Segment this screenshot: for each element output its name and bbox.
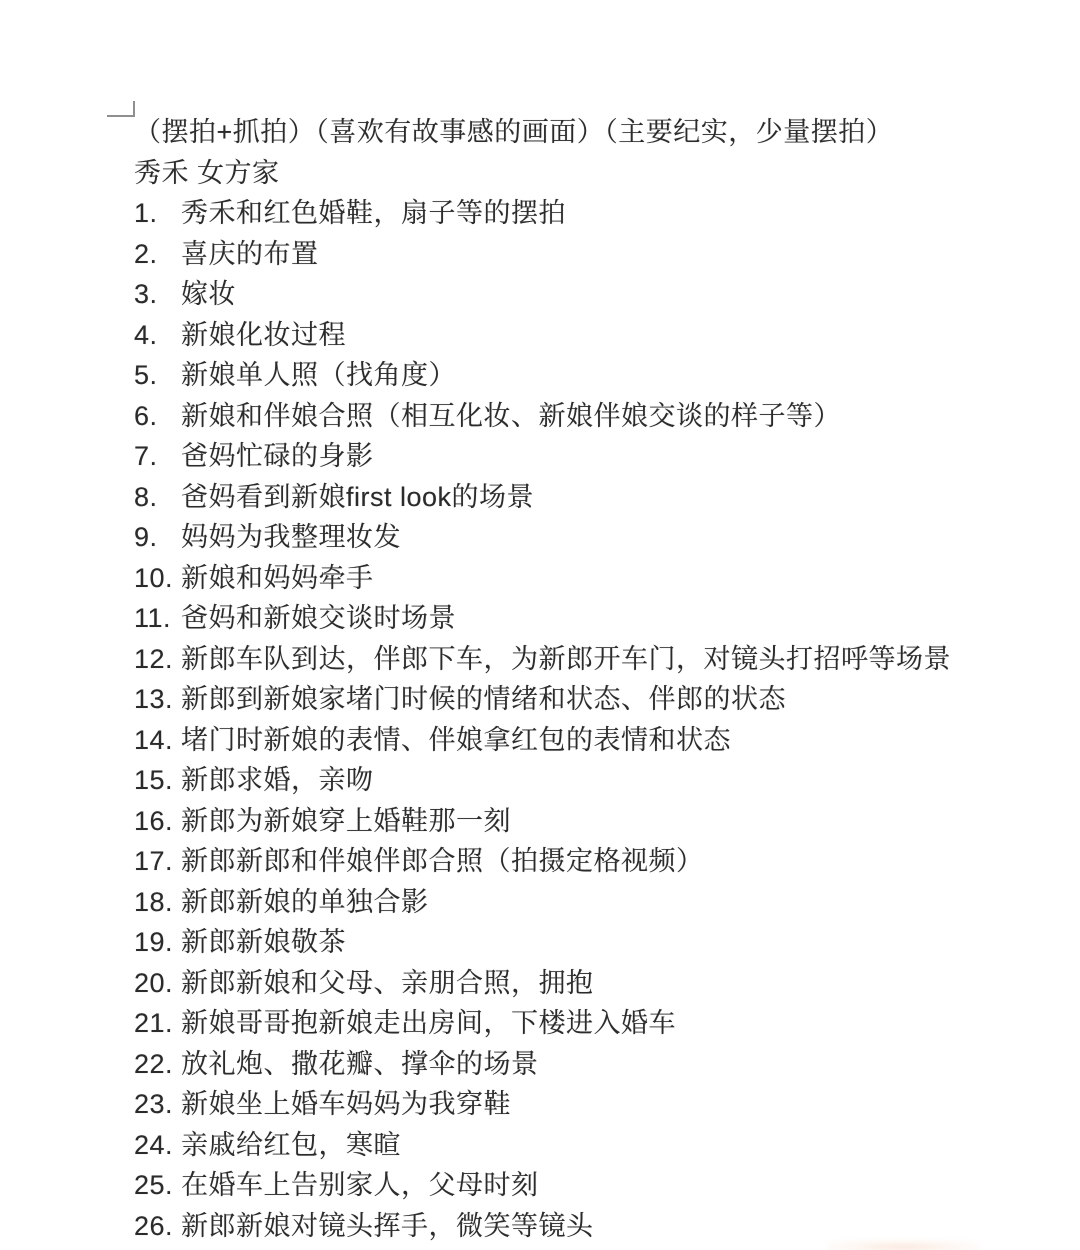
list-item: 6. 新娘和伴娘合照（相互化妆、新娘伴娘交谈的样子等） [134, 396, 1014, 437]
list-item-text: 新郎新娘的单独合影 [181, 882, 429, 923]
list-item-number: 18. [134, 882, 181, 923]
list-item-number: 6. [134, 396, 181, 437]
list-item-number: 25. [134, 1165, 181, 1206]
list-item-number: 21. [134, 1003, 181, 1044]
list-item-number: 23. [134, 1084, 181, 1125]
document-content: （摆拍+抓拍）（喜欢有故事感的画面）（主要纪实，少量摆拍） 秀禾 女方家 1. … [134, 112, 1014, 1246]
list-item-number: 20. [134, 963, 181, 1004]
shot-list: 1. 秀禾和红色婚鞋，扇子等的摆拍 2. 喜庆的布置 3. 嫁妆 4. 新娘化妆… [134, 193, 1014, 1246]
list-item-text: 新娘和妈妈牵手 [181, 558, 374, 599]
list-item-text: 新娘和伴娘合照（相互化妆、新娘伴娘交谈的样子等） [181, 396, 841, 437]
list-item: 21. 新娘哥哥抱新娘走出房间，下楼进入婚车 [134, 1003, 1014, 1044]
list-item-number: 2. [134, 234, 181, 275]
list-item-text: 新娘单人照（找角度） [181, 355, 456, 396]
list-item-text: 新郎新娘对镜头挥手，微笑等镜头 [181, 1206, 594, 1247]
list-item-text: 爸妈忙碌的身影 [181, 436, 374, 477]
list-item: 10. 新娘和妈妈牵手 [134, 558, 1014, 599]
list-item: 17. 新郎新郎和伴娘伴郎合照（拍摄定格视频） [134, 841, 1014, 882]
list-item-number: 14. [134, 720, 181, 761]
list-item-number: 9. [134, 517, 181, 558]
document-page: （摆拍+抓拍）（喜欢有故事感的画面）（主要纪实，少量摆拍） 秀禾 女方家 1. … [0, 0, 1080, 1250]
list-item-number: 24. [134, 1125, 181, 1166]
list-item: 15. 新郎求婚，亲吻 [134, 760, 1014, 801]
list-item-text: 妈妈为我整理妆发 [181, 517, 401, 558]
list-item: 7. 爸妈忙碌的身影 [134, 436, 1014, 477]
list-item-text: 爸妈和新娘交谈时场景 [181, 598, 456, 639]
list-item-number: 26. [134, 1206, 181, 1247]
list-item: 13. 新郎到新娘家堵门时候的情绪和状态、伴郎的状态 [134, 679, 1014, 720]
list-item: 9. 妈妈为我整理妆发 [134, 517, 1014, 558]
list-item: 25. 在婚车上告别家人，父母时刻 [134, 1165, 1014, 1206]
list-item-number: 16. [134, 801, 181, 842]
list-item: 20. 新郎新娘和父母、亲朋合照，拥抱 [134, 963, 1014, 1004]
list-item: 3. 嫁妆 [134, 274, 1014, 315]
list-item: 12. 新郎车队到达，伴郎下车，为新郎开车门，对镜头打招呼等场景 [134, 639, 1014, 680]
text-boundary-corner-mark [107, 101, 135, 117]
list-item-number: 10. [134, 558, 181, 599]
list-item-text: 新郎求婚，亲吻 [181, 760, 374, 801]
list-item-number: 11. [134, 598, 181, 639]
list-item-number: 19. [134, 922, 181, 963]
list-item: 22. 放礼炮、撒花瓣、撑伞的场景 [134, 1044, 1014, 1085]
list-item-number: 22. [134, 1044, 181, 1085]
list-item-text: 亲戚给红包，寒暄 [181, 1125, 401, 1166]
list-item: 24. 亲戚给红包，寒暄 [134, 1125, 1014, 1166]
list-item: 16. 新郎为新娘穿上婚鞋那一刻 [134, 801, 1014, 842]
list-item-text: 在婚车上告别家人，父母时刻 [181, 1165, 539, 1206]
header-note: （摆拍+抓拍）（喜欢有故事感的画面）（主要纪实，少量摆拍） [134, 112, 1014, 153]
list-item: 19. 新郎新娘敬茶 [134, 922, 1014, 963]
list-item-text: 放礼炮、撒花瓣、撑伞的场景 [181, 1044, 539, 1085]
list-item-text: 新郎车队到达，伴郎下车，为新郎开车门，对镜头打招呼等场景 [181, 639, 951, 680]
list-item-number: 17. [134, 841, 181, 882]
list-item-number: 4. [134, 315, 181, 356]
list-item-text: 喜庆的布置 [181, 234, 319, 275]
list-item-number: 12. [134, 639, 181, 680]
list-item-text: 新郎新郎和伴娘伴郎合照（拍摄定格视频） [181, 841, 704, 882]
list-item: 18. 新郎新娘的单独合影 [134, 882, 1014, 923]
list-item: 11. 爸妈和新娘交谈时场景 [134, 598, 1014, 639]
list-item-number: 3. [134, 274, 181, 315]
list-item-number: 1. [134, 193, 181, 234]
list-item: 14. 堵门时新娘的表情、伴娘拿红包的表情和状态 [134, 720, 1014, 761]
list-item-text: 新郎新娘敬茶 [181, 922, 346, 963]
list-item-text: 堵门时新娘的表情、伴娘拿红包的表情和状态 [181, 720, 731, 761]
list-item-text: 爸妈看到新娘first look的场景 [181, 477, 534, 518]
list-item-number: 7. [134, 436, 181, 477]
list-item-text: 新郎到新娘家堵门时候的情绪和状态、伴郎的状态 [181, 679, 786, 720]
list-item-text: 秀禾和红色婚鞋，扇子等的摆拍 [181, 193, 566, 234]
list-item-number: 13. [134, 679, 181, 720]
list-item: 26. 新郎新娘对镜头挥手，微笑等镜头 [134, 1206, 1014, 1247]
list-item-text: 新郎新娘和父母、亲朋合照，拥抱 [181, 963, 594, 1004]
list-item-number: 15. [134, 760, 181, 801]
list-item: 23. 新娘坐上婚车妈妈为我穿鞋 [134, 1084, 1014, 1125]
list-item-text: 新娘坐上婚车妈妈为我穿鞋 [181, 1084, 511, 1125]
list-item-text: 新郎为新娘穿上婚鞋那一刻 [181, 801, 511, 842]
list-item-text: 新娘化妆过程 [181, 315, 346, 356]
list-item: 8. 爸妈看到新娘first look的场景 [134, 477, 1014, 518]
list-item: 5. 新娘单人照（找角度） [134, 355, 1014, 396]
list-item-text: 新娘哥哥抱新娘走出房间，下楼进入婚车 [181, 1003, 676, 1044]
list-item-number: 8. [134, 477, 181, 518]
list-item-number: 5. [134, 355, 181, 396]
list-item: 2. 喜庆的布置 [134, 234, 1014, 275]
list-item: 4. 新娘化妆过程 [134, 315, 1014, 356]
section-title: 秀禾 女方家 [134, 153, 1014, 194]
list-item: 1. 秀禾和红色婚鞋，扇子等的摆拍 [134, 193, 1014, 234]
list-item-text: 嫁妆 [181, 274, 236, 315]
